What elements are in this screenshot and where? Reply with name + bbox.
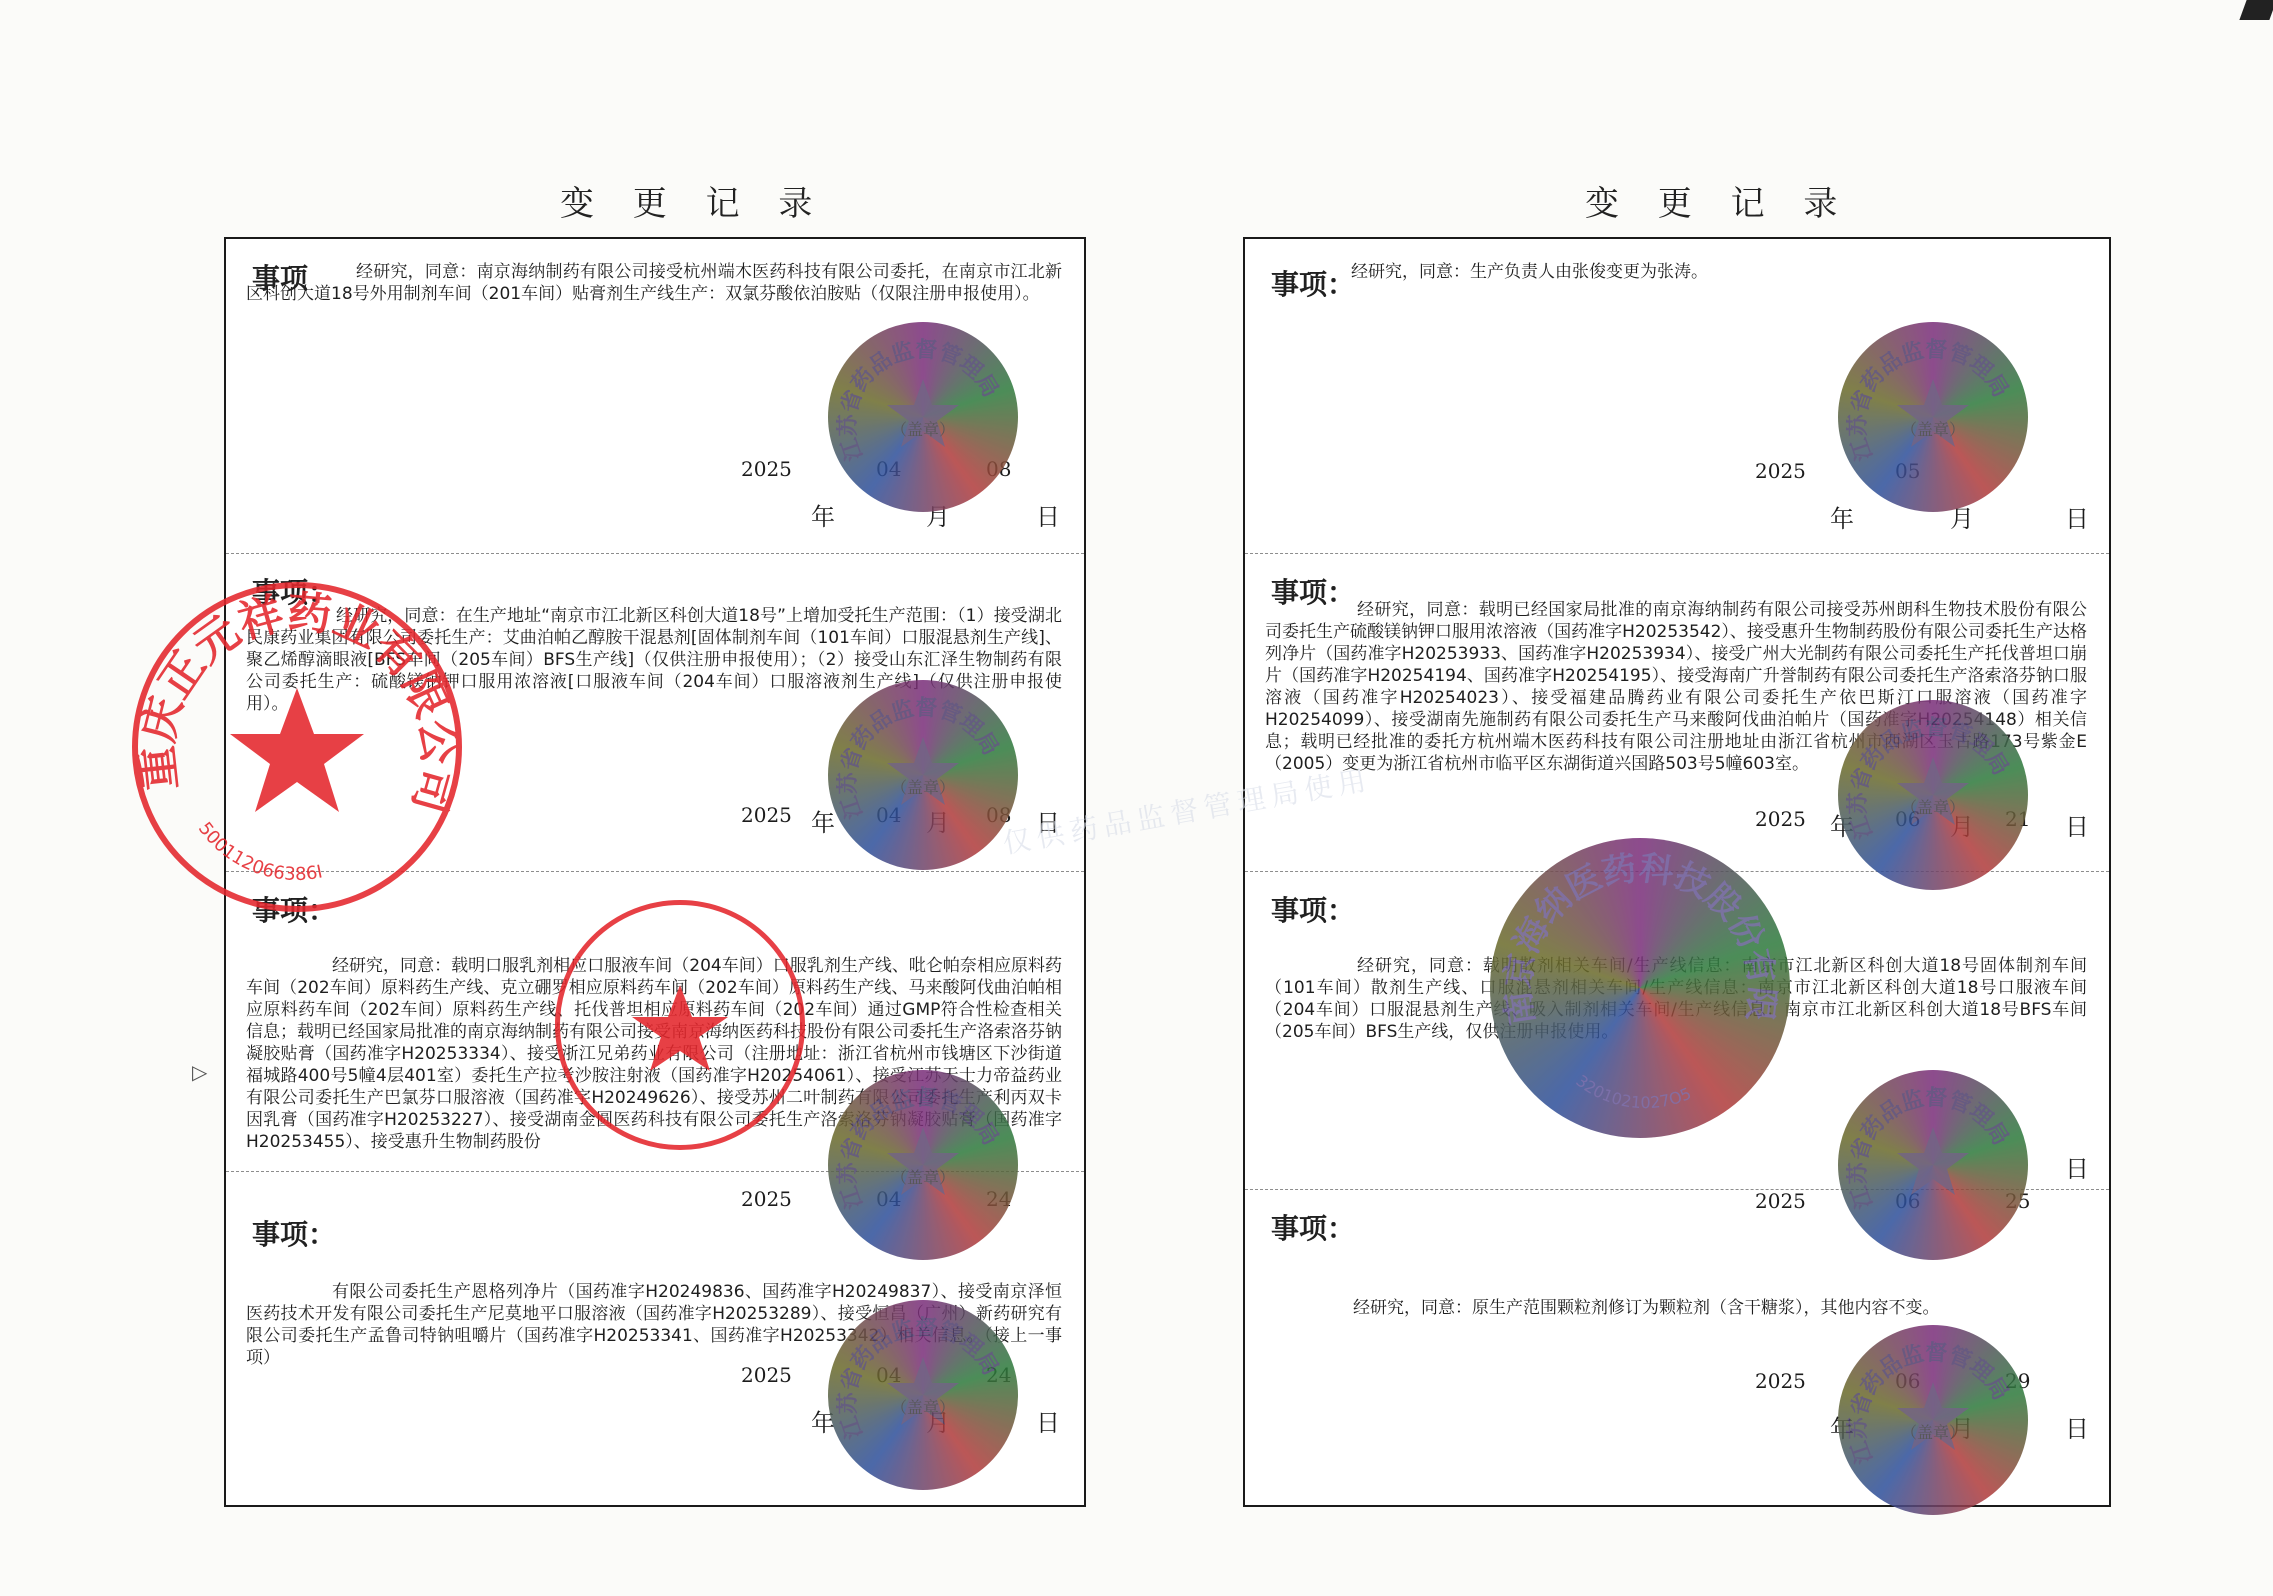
entry-date: 2025 05 年 月 日 bbox=[1245, 459, 2109, 539]
date-month: 04 bbox=[876, 457, 901, 481]
entry-label: 事项： bbox=[1271, 263, 1355, 303]
side-mark: ▷ bbox=[192, 1060, 207, 1084]
entry-date: 2025 06 29 年 月 日 bbox=[1245, 1369, 2109, 1449]
month-unit: 月 bbox=[926, 497, 950, 532]
change-entry: 事项 经研究，同意：南京海纳制药有限公司接受杭州端木医药科技有限公司委托，在南京… bbox=[226, 239, 1084, 554]
change-entry: 事项： 经研究，同意：生产负责人由张俊变更为张涛。 2025 05 年 月 日 bbox=[1245, 239, 2109, 554]
date-month: 04 bbox=[876, 803, 901, 827]
date-year: 2025 bbox=[741, 457, 792, 481]
entry-text: 经研究，同意：载明散剂相关车间/生产线信息：南京市江北新区科创大道18号固体制剂… bbox=[1265, 955, 2087, 1043]
day-unit: 日 bbox=[2065, 807, 2089, 842]
year-unit: 年 bbox=[811, 497, 835, 532]
year-unit: 年 bbox=[1830, 1409, 1854, 1444]
change-entry: 事项： 经研究，同意：载明已经国家局批准的南京海纳制药有限公司接受苏州朗科生物技… bbox=[1245, 553, 2109, 872]
date-day: 08 bbox=[986, 457, 1011, 481]
year-unit: 年 bbox=[811, 803, 835, 838]
entry-text: 经研究，同意：原生产范围颗粒剂修订为颗粒剂（含干糖浆），其他内容不变。 bbox=[1353, 1297, 2087, 1319]
date-day: 24 bbox=[986, 1363, 1011, 1387]
change-entry: 事项： 经研究，同意：原生产范围颗粒剂修订为颗粒剂（含干糖浆），其他内容不变。 … bbox=[1245, 1189, 2109, 1505]
date-year: 2025 bbox=[741, 803, 792, 827]
change-entry: 事项： 有限公司委托生产恩格列净片（国药准字H20249836、国药准字H202… bbox=[226, 1195, 1084, 1505]
year-unit: 年 bbox=[1830, 807, 1854, 842]
entry-text: 经研究，同意：载明已经国家局批准的南京海纳制药有限公司接受苏州朗科生物技术股份有… bbox=[1265, 599, 2087, 775]
change-entry: 事项： 经研究，同意：载明口服乳剂相应口服液车间（204车间）口服乳剂生产线、吡… bbox=[226, 871, 1084, 1172]
date-month: 05 bbox=[1895, 459, 1920, 483]
entry-date: 2025 04 24 年 月 日 bbox=[226, 1363, 1084, 1443]
day-unit: 日 bbox=[2065, 1149, 2089, 1184]
month-unit: 月 bbox=[926, 803, 950, 838]
entry-label: 事项： bbox=[252, 1213, 336, 1253]
change-entry: 事项： 经研究，同意：在生产地址“南京市江北新区科创大道18号”上增加受托生产范… bbox=[226, 553, 1084, 872]
date-year: 2025 bbox=[741, 1363, 792, 1387]
month-unit: 月 bbox=[1950, 499, 1974, 534]
date-month: 06 bbox=[1895, 807, 1920, 831]
date-day: 29 bbox=[2005, 1369, 2030, 1393]
entry-text: 经研究，同意：载明口服乳剂相应口服液车间（204车间）口服乳剂生产线、吡仑帕奈相… bbox=[246, 955, 1062, 1153]
scan-edge bbox=[2239, 0, 2273, 20]
day-unit: 日 bbox=[1036, 1403, 1060, 1438]
entry-text: 有限公司委托生产恩格列净片（国药准字H20249836、国药准字H2024983… bbox=[246, 1281, 1062, 1369]
right-change-record-page: 事项： 经研究，同意：生产负责人由张俊变更为张涛。 2025 05 年 月 日 … bbox=[1243, 237, 2111, 1507]
entry-label: 事项： bbox=[1271, 889, 1355, 929]
date-year: 2025 bbox=[1755, 1369, 1806, 1393]
month-unit: 月 bbox=[1950, 1409, 1974, 1444]
month-unit: 月 bbox=[926, 1403, 950, 1438]
entry-text: 经研究，同意：南京海纳制药有限公司接受杭州端木医药科技有限公司委托，在南京市江北… bbox=[246, 261, 1062, 305]
date-day: 21 bbox=[2005, 807, 2030, 831]
entry-label: 事项： bbox=[252, 889, 336, 929]
entry-text: 经研究，同意：生产负责人由张俊变更为张涛。 bbox=[1351, 261, 2087, 283]
month-unit: 月 bbox=[1950, 807, 1974, 842]
day-unit: 日 bbox=[1036, 497, 1060, 532]
date-year: 2025 bbox=[1755, 807, 1806, 831]
right-page-title: 变 更 记 录 bbox=[1585, 176, 1851, 225]
left-change-record-page: 事项 经研究，同意：南京海纳制药有限公司接受杭州端木医药科技有限公司委托，在南京… bbox=[224, 237, 1086, 1507]
change-entry: 事项： 经研究，同意：载明散剂相关车间/生产线信息：南京市江北新区科创大道18号… bbox=[1245, 871, 2109, 1190]
year-unit: 年 bbox=[1830, 499, 1854, 534]
entry-label: 事项： bbox=[1271, 1207, 1355, 1247]
date-month: 04 bbox=[876, 1363, 901, 1387]
year-unit: 年 bbox=[811, 1403, 835, 1438]
day-unit: 日 bbox=[2065, 1409, 2089, 1444]
entry-date: 2025 04 08 年 月 日 bbox=[226, 457, 1084, 537]
date-year: 2025 bbox=[1755, 459, 1806, 483]
day-unit: 日 bbox=[2065, 499, 2089, 534]
entry-text: 经研究，同意：在生产地址“南京市江北新区科创大道18号”上增加受托生产范围：（1… bbox=[246, 605, 1062, 715]
date-month: 06 bbox=[1895, 1369, 1920, 1393]
left-page-title: 变 更 记 录 bbox=[560, 176, 826, 225]
